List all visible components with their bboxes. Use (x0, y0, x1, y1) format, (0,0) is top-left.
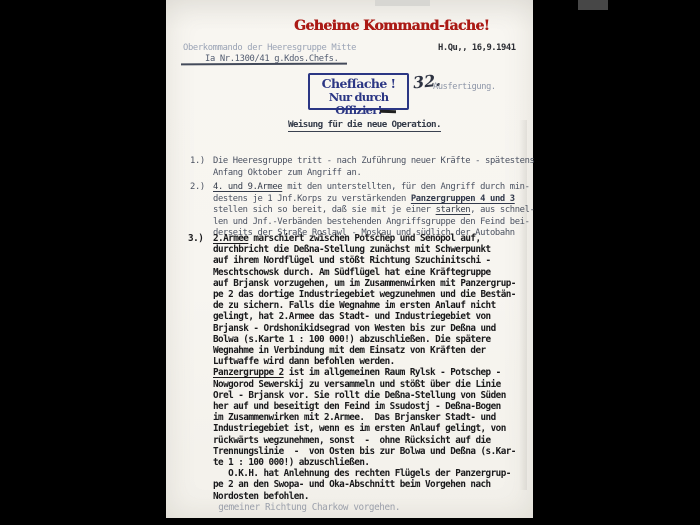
underlined-text: 2.Armee (213, 233, 248, 244)
text-line: Panzergruppe 2 ist im allgemeinen Raum R… (213, 367, 516, 378)
text-line: Nordosten befohlen. (213, 491, 516, 502)
item-2-number: 2.) (190, 182, 205, 192)
scan-background: Geheime Kommand-ſache! Oberkommando der … (0, 0, 700, 525)
text-line: len und Jnf.-Verbänden bestehenden Angri… (213, 217, 535, 229)
text-segment: Nowgorod Sewerskij zu versammeln und stö… (213, 379, 501, 390)
text-segment: Wegnahme in Verbindung mit dem Einsatz v… (213, 345, 486, 356)
text-segment: Industriegebiet ist, wenn es im ersten A… (213, 423, 506, 434)
document-page: Geheime Kommand-ſache! Oberkommando der … (166, 0, 533, 518)
chefsache-stamp: Chefſache ! Nur durch Offizier! (308, 73, 409, 110)
reference-underline (181, 63, 347, 66)
text-segment: im Zusammenwirken mit 2.Armee. Das Brjan… (213, 412, 496, 423)
text-segment: Brjansk - Ordshonikidsegrad von Westen b… (213, 323, 496, 334)
text-segment: te 1 : 100 000!) abzuschließen. (213, 457, 369, 468)
scanner-artifact (578, 0, 608, 10)
text-segment: auf Brjansk vorzugehen, um im Zusammenwi… (213, 278, 516, 289)
document-subject: Weisung für die neue Operation. (288, 119, 441, 132)
text-segment: len und Jnf.-Verbänden bestehenden Angri… (213, 217, 530, 227)
text-line: pe 2 das dortige Industriegebiet wegzune… (213, 289, 516, 300)
text-segment: , aus schnel- (470, 205, 534, 215)
text-segment: Luftwaffe wird dann befohlen werden. (213, 356, 395, 367)
text-line: Brjansk - Ordshonikidsegrad von Westen b… (213, 323, 516, 334)
text-line: 4. und 9.Armee mit den unterstellten, fü… (213, 182, 535, 194)
text-line: O.K.H. hat Anlehnung des rechten Flügels… (213, 468, 516, 479)
item-3-text: 2.Armee marschiert zwischen Potschep und… (213, 233, 516, 513)
text-line: 2.Armee marschiert zwischen Potschep und… (213, 233, 516, 244)
text-line: her auf und beseitigt den Feind im Ssudo… (213, 401, 516, 412)
text-segment: destens je 1 Jnf.Korps zu verstärkenden (213, 194, 411, 204)
text-segment: marschiert zwischen Potschep und Senopol… (248, 233, 480, 244)
text-segment: rückwärts wegzunehmen, sonst - ohne Rück… (213, 435, 491, 446)
text-line: stellen sich so bereit, daß sie mit je e… (213, 205, 535, 217)
text-segment: Orel - Brjansk vor. Sie rollt die Deßna-… (213, 390, 506, 401)
text-line: im Zusammenwirken mit 2.Armee. Das Brjan… (213, 412, 516, 423)
text-line: Wegnahme in Verbindung mit dem Einsatz v… (213, 345, 516, 356)
text-line: auf ihrem Nordflügel und stößt Richtung … (213, 255, 516, 266)
text-segment: Meschtschowsk durch. Am Südflügel hat ei… (213, 267, 491, 278)
underlined-text: 4. und 9.Armee (213, 182, 282, 192)
text-line: gelingt, hat 2.Armee das Stadt- und Indu… (213, 311, 516, 322)
text-segment: Bolwa (s.Karte 1 : 100 000!) abzuschließ… (213, 334, 491, 345)
place-date: H.Qu,, 16,9.1941 (438, 43, 516, 53)
text-line: Nowgorod Sewerskij zu versammeln und stö… (213, 379, 516, 390)
text-line: Luftwaffe wird dann befohlen werden. (213, 356, 516, 367)
classification-header: Geheime Kommand-ſache! (294, 18, 489, 34)
ink-mark (380, 110, 396, 113)
text-segment: Die Heeresgruppe tritt - nach Zuführung … (213, 156, 535, 166)
text-line: Bolwa (s.Karte 1 : 100 000!) abzuschließ… (213, 334, 516, 345)
text-line: Trennungslinie - von Osten bis zur Bolwa… (213, 446, 516, 457)
text-line: durchbricht die Deßna-Stellung zunächst … (213, 244, 516, 255)
text-segment: pe 2 das dortige Industriegebiet wegzune… (213, 289, 516, 300)
text-segment: Nordosten befohlen. (213, 491, 309, 502)
text-line: Anfang Oktober zum Angriff an. (213, 168, 535, 180)
text-line: destens je 1 Jnf.Korps zu verstärkenden … (213, 194, 535, 206)
text-line: Die Heeresgruppe tritt - nach Zuführung … (213, 156, 535, 168)
text-line: pe 2 an den Swopa- und Oka-Abschnitt bei… (213, 479, 516, 490)
text-segment: pe 2 an den Swopa- und Oka-Abschnitt bei… (213, 479, 491, 490)
text-segment: Trennungslinie - von Osten bis zur Bolwa… (213, 446, 516, 457)
text-segment: O.K.H. hat Anlehnung des rechten Flügels… (213, 468, 511, 479)
stamp-line-2: Nur durch Offizier! (310, 91, 407, 117)
page-top-artifact (375, 0, 430, 6)
underlined-text: Panzergruppe 2 (213, 367, 284, 378)
text-segment: de zu sichern. Falls die Wegnahme im ers… (213, 300, 496, 311)
text-segment: auf ihrem Nordflügel und stößt Richtung … (213, 255, 491, 266)
text-line: rückwärts wegzunehmen, sonst - ohne Rück… (213, 435, 516, 446)
underlined-text: starken (436, 205, 471, 215)
text-segment: ist im allgemeinen Raum Rylsk - Potschep… (284, 367, 501, 378)
text-line: auf Brjansk vorzugehen, um im Zusammenwi… (213, 278, 516, 289)
item-1-text: Die Heeresgruppe tritt - nach Zuführung … (213, 156, 535, 179)
text-line: de zu sichern. Falls die Wegnahme im ers… (213, 300, 516, 311)
text-line: Industriegebiet ist, wenn es im ersten A… (213, 423, 516, 434)
item-1-number: 1.) (190, 156, 205, 166)
stamp-line-1: Chefſache ! (310, 76, 407, 91)
text-segment: stellen sich so bereit, daß sie mit je e… (213, 205, 436, 215)
sender-line: Oberkommando der Heeresgruppe Mitte (183, 43, 356, 53)
text-segment: mit den unterstellten, für den Angriff d… (282, 182, 529, 192)
text-line: Orel - Brjansk vor. Sie rollt die Deßna-… (213, 390, 516, 401)
text-segment: gelingt, hat 2.Armee das Stadt- und Indu… (213, 311, 491, 322)
text-line: te 1 : 100 000!) abzuschließen. (213, 457, 516, 468)
text-line: gemeiner Richtung Charkow vorgehen. (213, 502, 516, 513)
underlined-text: Panzergruppen 4 und 3 (411, 194, 515, 204)
item-3-number: 3.) (188, 233, 203, 244)
text-line: Meschtschowsk durch. Am Südflügel hat ei… (213, 267, 516, 278)
item-2-text: 4. und 9.Armee mit den unterstellten, fü… (213, 182, 535, 235)
text-segment: durchbricht die Deßna-Stellung zunächst … (213, 244, 491, 255)
text-segment: gemeiner Richtung Charkow vorgehen. (213, 502, 400, 513)
text-segment: Anfang Oktober zum Angriff an. (213, 168, 361, 178)
text-segment: her auf und beseitigt den Feind im Ssudo… (213, 401, 501, 412)
copy-number-label: Ausfertigung. (433, 82, 496, 92)
